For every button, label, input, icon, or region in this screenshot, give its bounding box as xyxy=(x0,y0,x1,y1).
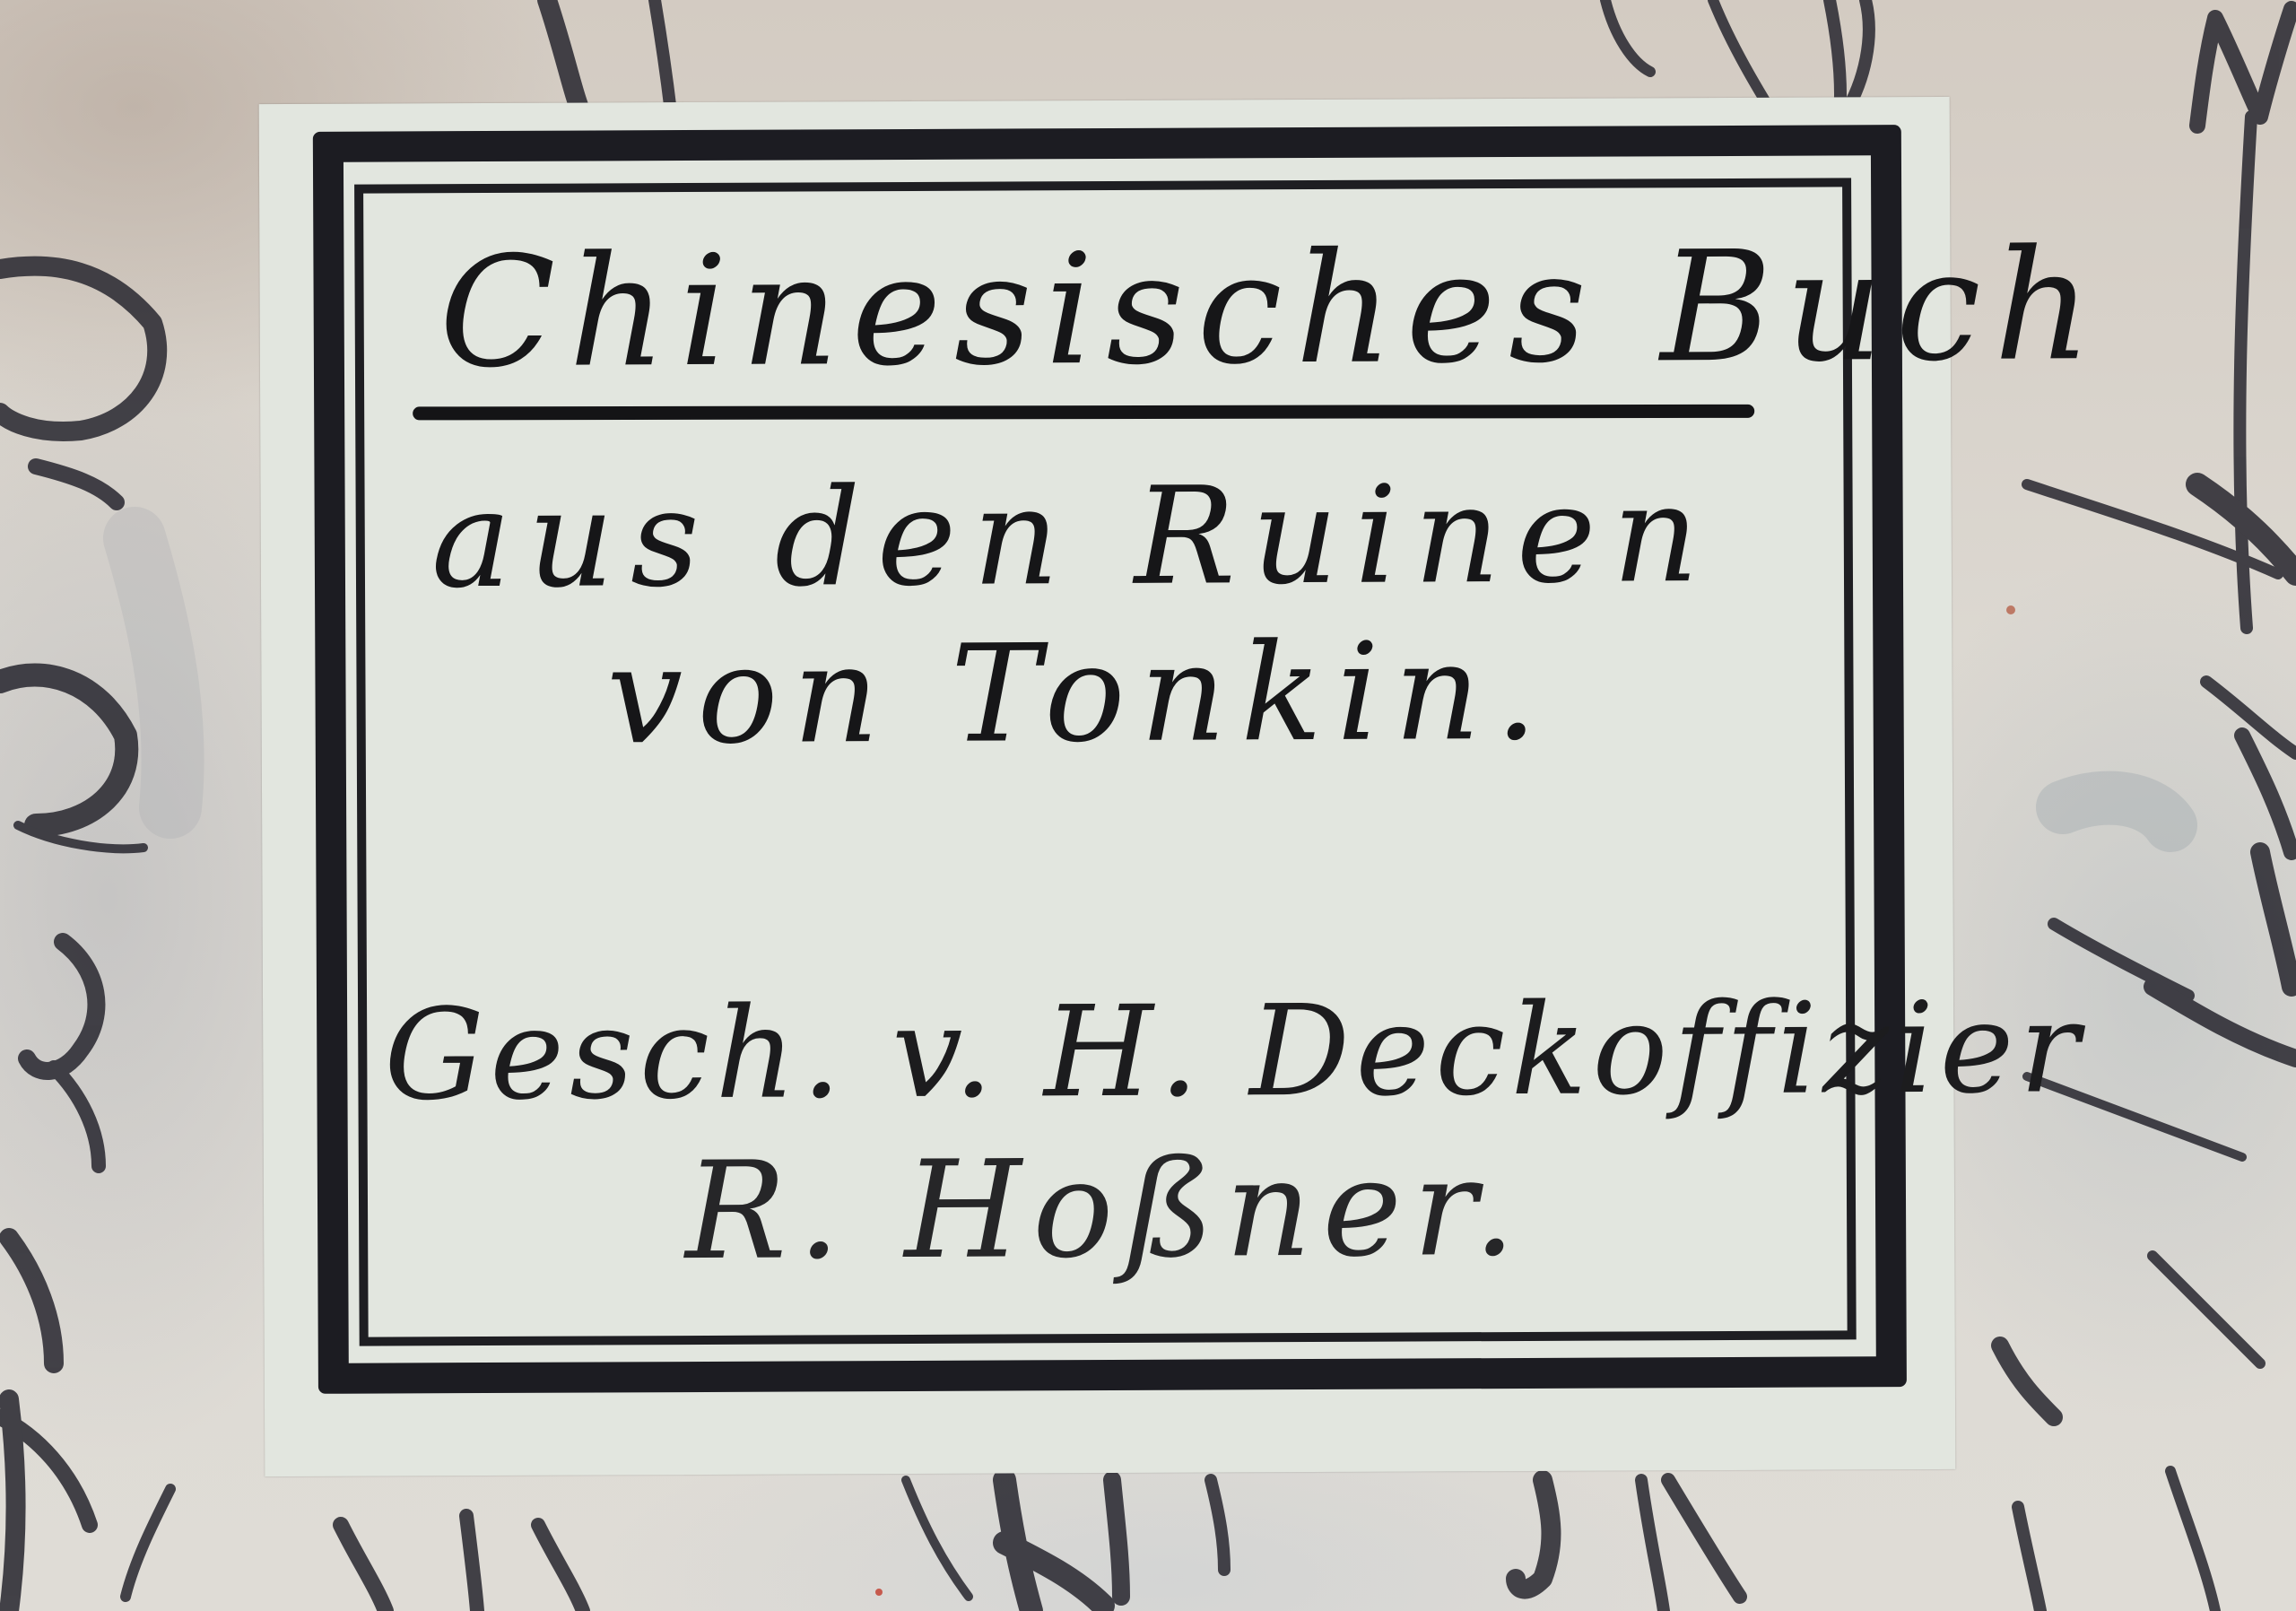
label-donor-line-2: R. Hoßner. xyxy=(685,1130,1527,1290)
label-origin-line-1: aus den Ruinen xyxy=(430,457,1715,618)
label-origin-line-2: von Tonkin. xyxy=(606,614,1552,775)
label-title: Chinesisches Buch xyxy=(439,217,2104,402)
label-donor-line-1: Gesch. v. H. Deckoffizier xyxy=(384,975,2085,1128)
collection-label-card: Chinesisches Buch aus den Ruinen von Ton… xyxy=(259,97,1956,1476)
title-underline xyxy=(413,405,1754,421)
